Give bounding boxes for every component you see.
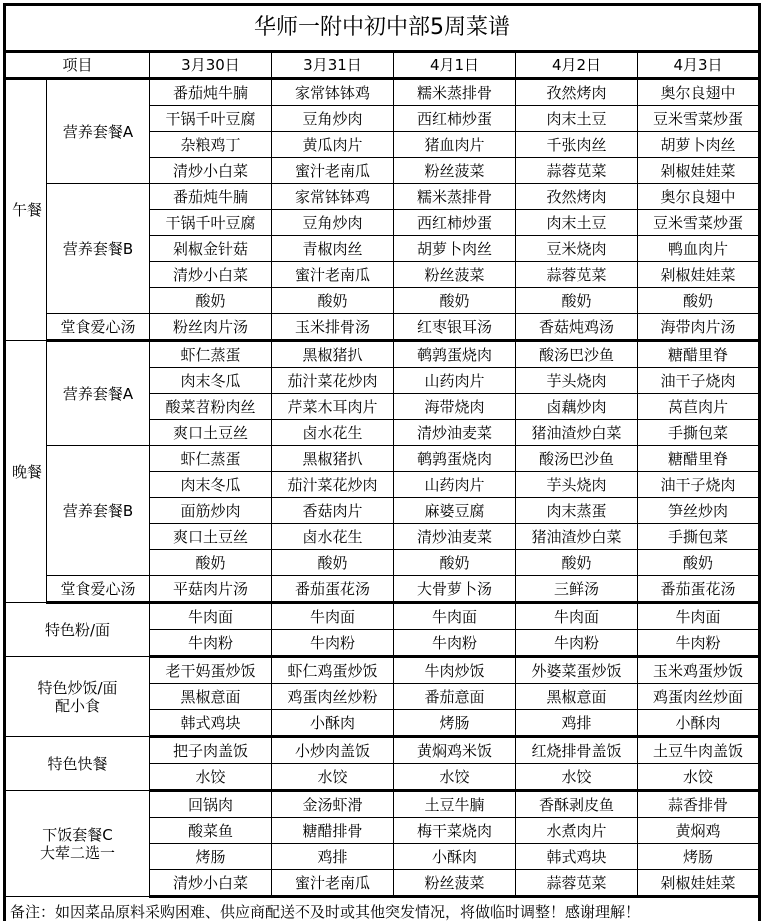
dish-cell: 平菇肉片汤 <box>150 576 272 603</box>
dish-cell: 肉末冬瓜 <box>150 368 272 394</box>
header-date: 3月30日 <box>150 52 272 79</box>
dish-cell: 牛肉炒饭 <box>394 657 516 684</box>
dish-cell: 干锅千叶豆腐 <box>150 210 272 236</box>
group-label-line: 配小食 <box>6 697 149 715</box>
dish-cell: 土豆牛肉盖饭 <box>638 737 760 764</box>
dish-cell: 笋丝炒肉 <box>638 498 760 524</box>
dish-cell: 牛肉粉 <box>272 630 394 657</box>
dish-cell: 酸奶 <box>150 550 272 576</box>
group-label: 特色炒饭/面配小食 <box>5 657 150 737</box>
dish-cell: 糖醋排骨 <box>272 818 394 844</box>
dish-cell: 黑椒猪扒 <box>272 446 394 472</box>
dish-cell: 番茄意面 <box>394 684 516 710</box>
dish-cell: 干锅千叶豆腐 <box>150 106 272 132</box>
dish-cell: 家常钵钵鸡 <box>272 79 394 106</box>
dish-cell: 番茄蛋花汤 <box>272 576 394 603</box>
dish-cell: 猪油渣炒白菜 <box>516 420 638 446</box>
note-row: 备注：如因菜品原料采购困难、供应商配送不及时或其他突发情况，将做临时调整！感谢理… <box>5 897 760 921</box>
header-date: 4月2日 <box>516 52 638 79</box>
dish-cell: 牛肉面 <box>394 603 516 630</box>
dish-cell: 小酥肉 <box>638 710 760 737</box>
dish-cell: 爽口土豆丝 <box>150 420 272 446</box>
group-label: 营养套餐B <box>47 184 150 314</box>
dish-cell: 奥尔良翅中 <box>638 79 760 106</box>
dish-cell: 粉丝菠菜 <box>394 158 516 184</box>
dish-cell: 芹菜木耳肉片 <box>272 394 394 420</box>
dish-cell: 手撕包菜 <box>638 420 760 446</box>
dish-cell: 山药肉片 <box>394 368 516 394</box>
dish-cell: 清炒油麦菜 <box>394 420 516 446</box>
dish-cell: 牛肉粉 <box>638 630 760 657</box>
dish-cell: 粉丝菠菜 <box>394 870 516 897</box>
dish-cell: 水饺 <box>394 764 516 791</box>
table-row: 营养套餐B番茄炖牛腩家常钵钵鸡糯米蒸排骨孜然烤肉奥尔良翅中 <box>5 184 760 210</box>
dish-cell: 孜然烤肉 <box>516 184 638 210</box>
dish-cell: 蒜香排骨 <box>638 791 760 818</box>
dish-cell: 牛肉面 <box>516 603 638 630</box>
dish-cell: 酸汤巴沙鱼 <box>516 341 638 368</box>
dish-cell: 鸡排 <box>272 844 394 870</box>
dish-cell: 肉末蒸蛋 <box>516 498 638 524</box>
group-label-line: 下饭套餐C <box>6 826 149 844</box>
dish-cell: 牛肉面 <box>150 603 272 630</box>
dish-cell: 黄瓜肉片 <box>272 132 394 158</box>
table-row: 营养套餐B虾仁蒸蛋黑椒猪扒鹌鹑蛋烧肉酸汤巴沙鱼糖醋里脊 <box>5 446 760 472</box>
dish-cell: 鹌鹑蛋烧肉 <box>394 446 516 472</box>
dish-cell: 酸奶 <box>394 550 516 576</box>
dish-cell: 胡萝卜肉丝 <box>638 132 760 158</box>
dish-cell: 香酥剥皮鱼 <box>516 791 638 818</box>
header-item-label: 项目 <box>5 52 150 79</box>
dish-cell: 红枣银耳汤 <box>394 314 516 341</box>
dish-cell: 外婆菜蛋炒饭 <box>516 657 638 684</box>
dish-cell: 爽口土豆丝 <box>150 524 272 550</box>
dish-cell: 土豆牛腩 <box>394 791 516 818</box>
group-label: 营养套餐A <box>47 79 150 184</box>
dish-cell: 三鲜汤 <box>516 576 638 603</box>
dish-cell: 清炒小白菜 <box>150 870 272 897</box>
group-label: 营养套餐A <box>47 341 150 446</box>
dish-cell: 玉米鸡蛋炒饭 <box>638 657 760 684</box>
dish-cell: 清炒小白菜 <box>150 262 272 288</box>
table-row: 下饭套餐C大荤二选一回锅肉金汤虾滑土豆牛腩香酥剥皮鱼蒜香排骨 <box>5 791 760 818</box>
dish-cell: 小炒肉盖饭 <box>272 737 394 764</box>
dish-cell: 芋头烧肉 <box>516 472 638 498</box>
dish-cell: 小酥肉 <box>394 844 516 870</box>
dish-cell: 千张肉丝 <box>516 132 638 158</box>
dish-cell: 卤水花生 <box>272 524 394 550</box>
dish-cell: 剁椒娃娃菜 <box>638 158 760 184</box>
dish-cell: 海带烧肉 <box>394 394 516 420</box>
dish-cell: 卤藕炒肉 <box>516 394 638 420</box>
dish-cell: 酸奶 <box>516 288 638 314</box>
dish-cell: 牛肉粉 <box>516 630 638 657</box>
group-label: 营养套餐B <box>47 446 150 576</box>
dish-cell: 糯米蒸排骨 <box>394 79 516 106</box>
dish-cell: 酸奶 <box>516 550 638 576</box>
dish-cell: 胡萝卜肉丝 <box>394 236 516 262</box>
dish-cell: 大骨萝卜汤 <box>394 576 516 603</box>
dish-cell: 酸奶 <box>394 288 516 314</box>
table-row: 特色粉/面牛肉面牛肉面牛肉面牛肉面牛肉面 <box>5 603 760 630</box>
dish-cell: 面筋炒肉 <box>150 498 272 524</box>
dish-cell: 水煮肉片 <box>516 818 638 844</box>
dish-cell: 豆米雪菜炒蛋 <box>638 210 760 236</box>
dish-cell: 豆米雪菜炒蛋 <box>638 106 760 132</box>
dish-cell: 糖醋里脊 <box>638 341 760 368</box>
dish-cell: 烤肠 <box>638 844 760 870</box>
dish-cell: 家常钵钵鸡 <box>272 184 394 210</box>
dish-cell: 香菇肉片 <box>272 498 394 524</box>
dish-cell: 粉丝肉片汤 <box>150 314 272 341</box>
soup-row: 堂食爱心汤粉丝肉片汤玉米排骨汤红枣银耳汤香菇炖鸡汤海带肉片汤 <box>5 314 760 341</box>
soup-row: 堂食爱心汤平菇肉片汤番茄蛋花汤大骨萝卜汤三鲜汤番茄蛋花汤 <box>5 576 760 603</box>
dish-cell: 奥尔良翅中 <box>638 184 760 210</box>
dish-cell: 剁椒娃娃菜 <box>638 870 760 897</box>
dish-cell: 酸奶 <box>272 550 394 576</box>
dish-cell: 烤肠 <box>394 710 516 737</box>
dish-cell: 油干子烧肉 <box>638 368 760 394</box>
dish-cell: 酸奶 <box>150 288 272 314</box>
dish-cell: 肉末土豆 <box>516 106 638 132</box>
dish-cell: 酸菜苕粉肉丝 <box>150 394 272 420</box>
dish-cell: 蜜汁老南瓜 <box>272 870 394 897</box>
dish-cell: 鸭血肉片 <box>638 236 760 262</box>
dish-cell: 蒜蓉苋菜 <box>516 870 638 897</box>
dish-cell: 蒜蓉苋菜 <box>516 158 638 184</box>
dish-cell: 芋头烧肉 <box>516 368 638 394</box>
dish-cell: 青椒肉丝 <box>272 236 394 262</box>
header-date: 4月3日 <box>638 52 760 79</box>
dish-cell: 糖醋里脊 <box>638 446 760 472</box>
group-label: 特色粉/面 <box>5 603 150 657</box>
table-row: 特色快餐把子肉盖饭小炒肉盖饭黄焖鸡米饭红烧排骨盖饭土豆牛肉盖饭 <box>5 737 760 764</box>
dish-cell: 豆角炒肉 <box>272 210 394 236</box>
table-row: 特色炒饭/面配小食老干妈蛋炒饭虾仁鸡蛋炒饭牛肉炒饭外婆菜蛋炒饭玉米鸡蛋炒饭 <box>5 657 760 684</box>
dish-cell: 红烧排骨盖饭 <box>516 737 638 764</box>
dish-cell: 烤肠 <box>150 844 272 870</box>
dish-cell: 鹌鹑蛋烧肉 <box>394 341 516 368</box>
dish-cell: 牛肉面 <box>638 603 760 630</box>
dish-cell: 孜然烤肉 <box>516 79 638 106</box>
dish-cell: 杂粮鸡丁 <box>150 132 272 158</box>
dish-cell: 茄汁菜花炒肉 <box>272 368 394 394</box>
dish-cell: 豆角炒肉 <box>272 106 394 132</box>
dish-cell: 番茄炖牛腩 <box>150 79 272 106</box>
group-label-line: 大荤二选一 <box>6 844 149 862</box>
dish-cell: 清炒油麦菜 <box>394 524 516 550</box>
dish-cell: 黄焖鸡 <box>638 818 760 844</box>
dish-cell: 蜜汁老南瓜 <box>272 262 394 288</box>
dish-cell: 糯米蒸排骨 <box>394 184 516 210</box>
dish-cell: 山药肉片 <box>394 472 516 498</box>
dish-cell: 酸汤巴沙鱼 <box>516 446 638 472</box>
dish-cell: 牛肉粉 <box>394 630 516 657</box>
dish-cell: 水饺 <box>516 764 638 791</box>
dish-cell: 粉丝菠菜 <box>394 262 516 288</box>
dish-cell: 虾仁鸡蛋炒饭 <box>272 657 394 684</box>
dish-cell: 剁椒金针菇 <box>150 236 272 262</box>
dish-cell: 香菇炖鸡汤 <box>516 314 638 341</box>
dish-cell: 麻婆豆腐 <box>394 498 516 524</box>
footer-note: 备注：如因菜品原料采购困难、供应商配送不及时或其他突发情况，将做临时调整！感谢理… <box>5 897 760 921</box>
dish-cell: 肉末土豆 <box>516 210 638 236</box>
dish-cell: 酸菜鱼 <box>150 818 272 844</box>
group-label: 堂食爱心汤 <box>47 576 150 603</box>
dish-cell: 黑椒猪扒 <box>272 341 394 368</box>
dish-cell: 番茄蛋花汤 <box>638 576 760 603</box>
dish-cell: 剁椒娃娃菜 <box>638 262 760 288</box>
dish-cell: 西红柿炒蛋 <box>394 210 516 236</box>
dish-cell: 回锅肉 <box>150 791 272 818</box>
dish-cell: 油干子烧肉 <box>638 472 760 498</box>
dish-cell: 鸡蛋肉丝炒面 <box>638 684 760 710</box>
dish-cell: 黄焖鸡米饭 <box>394 737 516 764</box>
table-row: 晚餐营养套餐A虾仁蒸蛋黑椒猪扒鹌鹑蛋烧肉酸汤巴沙鱼糖醋里脊 <box>5 341 760 368</box>
dish-cell: 酸奶 <box>638 288 760 314</box>
dish-cell: 老干妈蛋炒饭 <box>150 657 272 684</box>
dish-cell: 韩式鸡块 <box>516 844 638 870</box>
dish-cell: 水饺 <box>150 764 272 791</box>
group-label-line: 特色炒饭/面 <box>6 679 149 697</box>
page-title: 华师一附中初中部5周菜谱 <box>5 5 760 52</box>
dish-cell: 肉末冬瓜 <box>150 472 272 498</box>
header-date: 4月1日 <box>394 52 516 79</box>
dish-cell: 酸奶 <box>272 288 394 314</box>
group-label: 堂食爱心汤 <box>47 314 150 341</box>
dish-cell: 韩式鸡块 <box>150 710 272 737</box>
dish-cell: 水饺 <box>638 764 760 791</box>
dish-cell: 清炒小白菜 <box>150 158 272 184</box>
group-label: 下饭套餐C大荤二选一 <box>5 791 150 897</box>
dish-cell: 玉米排骨汤 <box>272 314 394 341</box>
dish-cell: 水饺 <box>272 764 394 791</box>
dish-cell: 酸奶 <box>638 550 760 576</box>
dish-cell: 海带肉片汤 <box>638 314 760 341</box>
dish-cell: 猪血肉片 <box>394 132 516 158</box>
dish-cell: 西红柿炒蛋 <box>394 106 516 132</box>
dish-cell: 牛肉粉 <box>150 630 272 657</box>
dish-cell: 番茄炖牛腩 <box>150 184 272 210</box>
menu-table: 华师一附中初中部5周菜谱 项目 3月30日 3月31日 4月1日 4月2日 4月… <box>3 3 761 921</box>
dish-cell: 莴苣肉片 <box>638 394 760 420</box>
dish-cell: 鸡蛋肉丝炒粉 <box>272 684 394 710</box>
dish-cell: 黑椒意面 <box>150 684 272 710</box>
group-label: 特色快餐 <box>5 737 150 791</box>
dish-cell: 茄汁菜花炒肉 <box>272 472 394 498</box>
dish-cell: 虾仁蒸蛋 <box>150 341 272 368</box>
dish-cell: 豆米烧肉 <box>516 236 638 262</box>
dish-cell: 梅干菜烧肉 <box>394 818 516 844</box>
dish-cell: 猪油渣炒白菜 <box>516 524 638 550</box>
dish-cell: 蜜汁老南瓜 <box>272 158 394 184</box>
header-date: 3月31日 <box>272 52 394 79</box>
dish-cell: 把子肉盖饭 <box>150 737 272 764</box>
meal-label: 午餐 <box>5 79 47 341</box>
dish-cell: 小酥肉 <box>272 710 394 737</box>
meal-label: 晚餐 <box>5 341 47 603</box>
dish-cell: 虾仁蒸蛋 <box>150 446 272 472</box>
header-row: 项目 3月30日 3月31日 4月1日 4月2日 4月3日 <box>5 52 760 79</box>
dish-cell: 手撕包菜 <box>638 524 760 550</box>
dish-cell: 金汤虾滑 <box>272 791 394 818</box>
dish-cell: 卤水花生 <box>272 420 394 446</box>
dish-cell: 蒜蓉苋菜 <box>516 262 638 288</box>
dish-cell: 黑椒意面 <box>516 684 638 710</box>
dish-cell: 鸡排 <box>516 710 638 737</box>
dish-cell: 牛肉面 <box>272 603 394 630</box>
table-row: 午餐营养套餐A番茄炖牛腩家常钵钵鸡糯米蒸排骨孜然烤肉奥尔良翅中 <box>5 79 760 106</box>
